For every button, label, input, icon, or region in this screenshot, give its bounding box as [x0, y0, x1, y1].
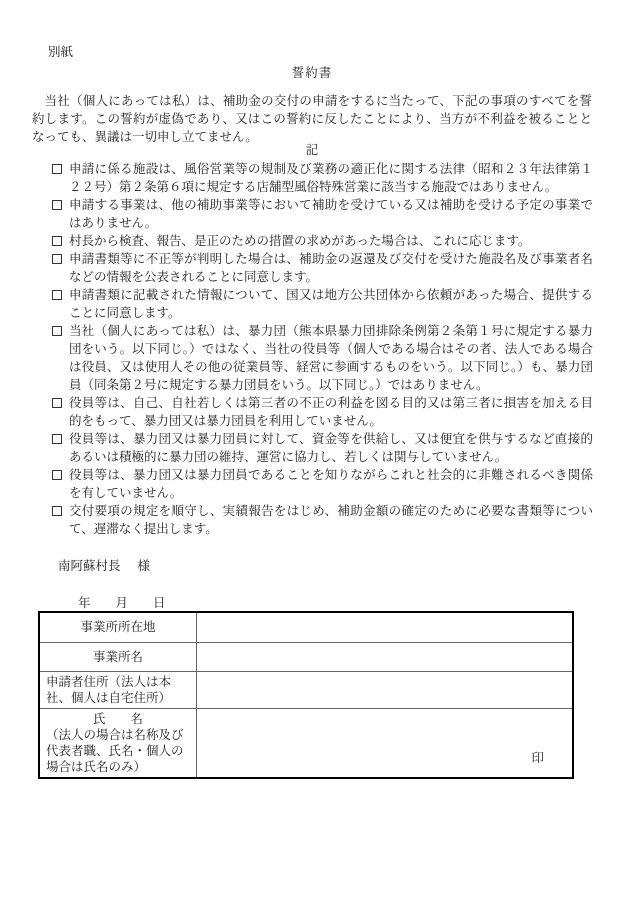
- seal-mark: 印: [531, 749, 544, 767]
- checkbox-icon: [52, 506, 62, 516]
- pledge-item: 役員等は、自己、自社若しくは第三者の不正の利益を図る目的又は第三者に損害を加える…: [52, 394, 593, 430]
- document-page: 別紙 誓約書 当社（個人にあっては私）は、補助金の交付の申請をするに当たって、下…: [0, 0, 630, 903]
- applicant-name-label-note: （法人の場合は名称及び代表者職、氏名・個人の場合は氏名のみ）: [46, 727, 190, 775]
- checkbox-icon: [52, 236, 62, 246]
- applicant-address-row: 申請者住所（法人は本社、個人は自宅住所）: [39, 671, 573, 708]
- addressee-name: 南阿蘇村長: [58, 559, 121, 573]
- checkbox-icon: [52, 398, 62, 408]
- pledge-item: 申請する事業は、他の補助事業等において補助を受けている又は補助を受ける予定の事業…: [52, 196, 593, 232]
- business-address-value: [197, 612, 574, 642]
- applicant-name-label-main: 氏 名: [46, 711, 190, 727]
- pledge-item: 申請書類等に不正等が判明した場合は、補助金の返還及び交付を受けた施設名及び事業者…: [52, 250, 593, 286]
- pledge-item: 申請に係る施設は、風俗営業等の規制及び業務の適正化に関する法律（昭和２３年法律第…: [52, 160, 593, 196]
- checkbox-icon: [52, 470, 62, 480]
- checkbox-icon: [52, 254, 62, 264]
- pledge-item-text: 申請書類等に不正等が判明した場合は、補助金の返還及び交付を受けた施設名及び事業者…: [69, 250, 593, 286]
- applicant-info-table: 事業所所在地 事業所名 申請者住所（法人は本社、個人は自宅住所） 氏 名 （法人…: [38, 611, 574, 779]
- checkbox-icon: [52, 164, 62, 174]
- pledge-item: 交付要項の規定を順守し、実績報告をはじめ、補助金額の確定のために必要な書類等につ…: [52, 502, 593, 538]
- pledge-item-text: 申請書類に記載された情報について、国又は地方公共団体から依頼があった場合、提供す…: [69, 286, 593, 322]
- checkbox-icon: [52, 200, 62, 210]
- date-line: 年 月 日: [78, 594, 166, 612]
- business-name-value: [197, 642, 574, 671]
- pledge-item-text: 村長から検査、報告、是正のための措置の求めがあった場合は、これに応じます。: [69, 232, 593, 250]
- applicant-name-row: 氏 名 （法人の場合は名称及び代表者職、氏名・個人の場合は氏名のみ） 印: [39, 708, 573, 778]
- checkbox-icon: [52, 434, 62, 444]
- applicant-address-value: [197, 671, 574, 708]
- applicant-name-value: 印: [197, 708, 574, 778]
- document-title: 誓約書: [32, 64, 592, 82]
- business-address-label: 事業所所在地: [39, 612, 197, 642]
- addressee-honorific: 様: [138, 559, 151, 573]
- pledge-item-text: 申請に係る施設は、風俗営業等の規制及び業務の適正化に関する法律（昭和２３年法律第…: [69, 160, 593, 196]
- business-name-row: 事業所名: [39, 642, 573, 671]
- record-marker: 記: [32, 141, 592, 159]
- pledge-item-text: 当社（個人にあっては私）は、暴力団（熊本県暴力団排除条例第２条第１号に規定する暴…: [69, 322, 593, 394]
- annotation-label: 別紙: [48, 43, 73, 61]
- checkbox-icon: [52, 290, 62, 300]
- pledge-item: 申請書類に記載された情報について、国又は地方公共団体から依頼があった場合、提供す…: [52, 286, 593, 322]
- checkbox-icon: [52, 326, 62, 336]
- pledge-item-text: 交付要項の規定を順守し、実績報告をはじめ、補助金額の確定のために必要な書類等につ…: [69, 502, 593, 538]
- pledge-item: 当社（個人にあっては私）は、暴力団（熊本県暴力団排除条例第２条第１号に規定する暴…: [52, 322, 593, 394]
- pledge-item: 村長から検査、報告、是正のための措置の求めがあった場合は、これに応じます。: [52, 232, 593, 250]
- pledge-item-text: 申請する事業は、他の補助事業等において補助を受けている又は補助を受ける予定の事業…: [69, 196, 593, 232]
- pledge-item-text: 役員等は、自己、自社若しくは第三者の不正の利益を図る目的又は第三者に損害を加える…: [69, 394, 593, 430]
- applicant-name-label: 氏 名 （法人の場合は名称及び代表者職、氏名・個人の場合は氏名のみ）: [39, 708, 197, 778]
- pledge-item-text: 役員等は、暴力団又は暴力団員に対して、資金等を供給し、又は便宜を供与するなど直接…: [69, 430, 593, 466]
- applicant-address-label: 申請者住所（法人は本社、個人は自宅住所）: [39, 671, 197, 708]
- pledge-list: 申請に係る施設は、風俗営業等の規制及び業務の適正化に関する法律（昭和２３年法律第…: [52, 160, 593, 538]
- pledge-item: 役員等は、暴力団又は暴力団員に対して、資金等を供給し、又は便宜を供与するなど直接…: [52, 430, 593, 466]
- addressee-line: 南阿蘇村長様: [58, 557, 150, 575]
- business-name-label: 事業所名: [39, 642, 197, 671]
- pledge-item-text: 役員等は、暴力団又は暴力団員であることを知りながらこれと社会的に非難されるべき関…: [69, 466, 593, 502]
- intro-paragraph: 当社（個人にあっては私）は、補助金の交付の申請をするに当たって、下記の事項のすべ…: [32, 92, 592, 146]
- pledge-item: 役員等は、暴力団又は暴力団員であることを知りながらこれと社会的に非難されるべき関…: [52, 466, 593, 502]
- business-address-row: 事業所所在地: [39, 612, 573, 642]
